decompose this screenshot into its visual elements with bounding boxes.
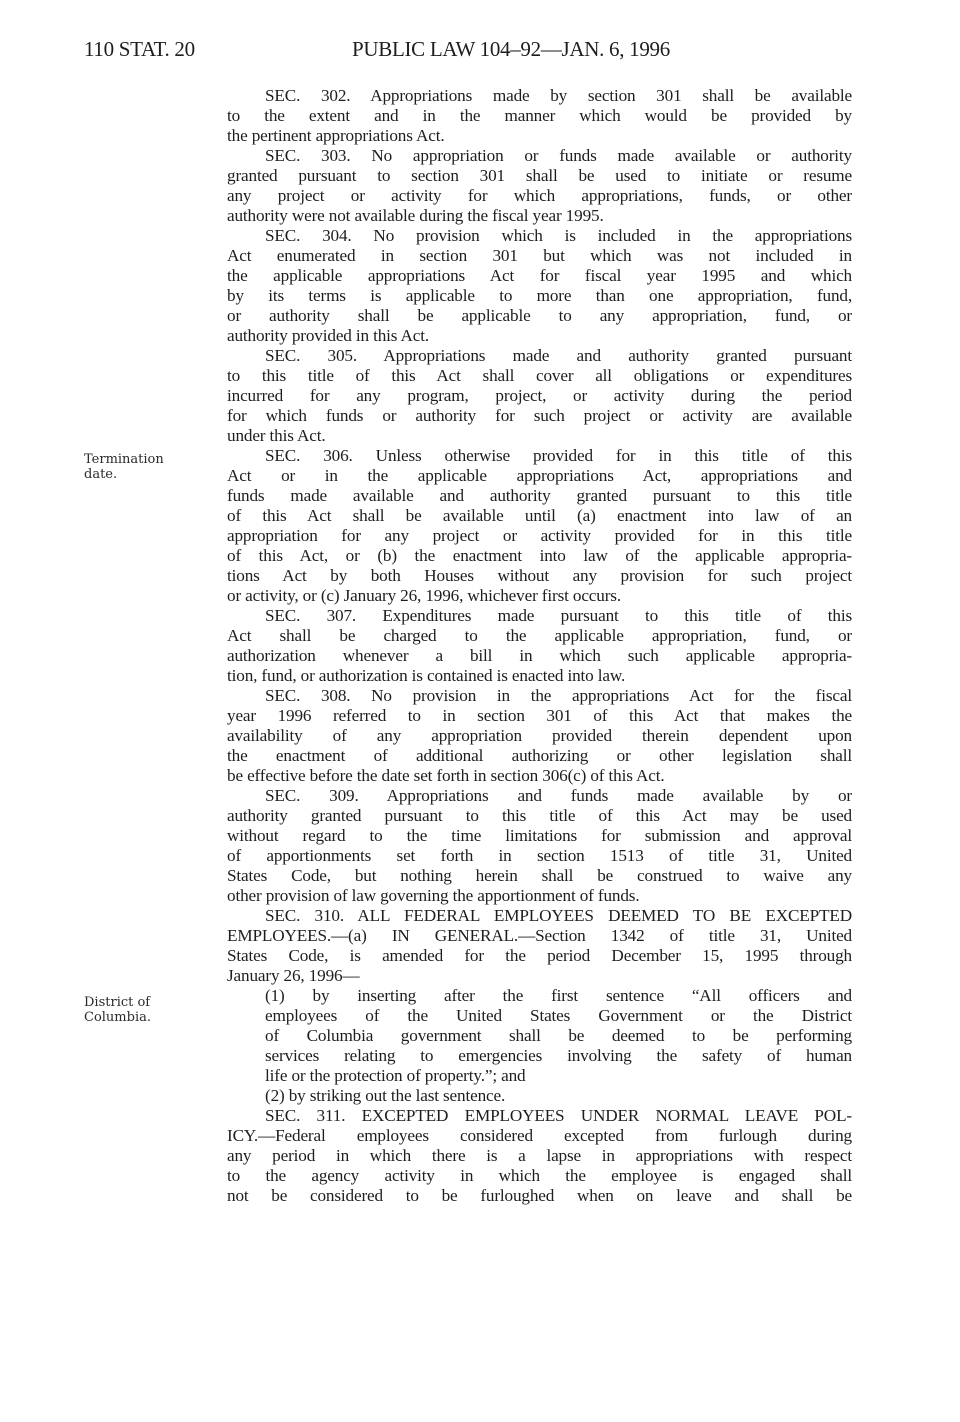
text-line: ICY.—Federal employees considered except… [227, 1126, 852, 1146]
text-line: the pertinent appropriations Act. [227, 126, 852, 146]
text-line: SEC. 305. Appropriations made and author… [227, 346, 852, 366]
text-line: of this Act, or (b) the enactment into l… [227, 546, 852, 566]
text-line: tion, fund, or authorization is containe… [227, 666, 852, 686]
text-line: SEC. 302. Appropriations made by section… [227, 86, 852, 106]
text-line: authority were not available during the … [227, 206, 852, 226]
text-line: granted pursuant to section 301 shall be… [227, 166, 852, 186]
running-head: PUBLIC LAW 104–92—JAN. 6, 1996 [352, 37, 670, 62]
text-line: to this title of this Act shall cover al… [227, 366, 852, 386]
text-line: employees of the United States Governmen… [227, 1006, 852, 1026]
text-line: or activity, or (c) January 26, 1996, wh… [227, 586, 852, 606]
text-line: SEC. 307. Expenditures made pursuant to … [227, 606, 852, 626]
text-line: services relating to emergencies involvi… [227, 1046, 852, 1066]
text-line: be effective before the date set forth i… [227, 766, 852, 786]
text-line: SEC. 303. No appropriation or funds made… [227, 146, 852, 166]
text-line: without regard to the time limitations f… [227, 826, 852, 846]
text-line: SEC. 306. Unless otherwise provided for … [227, 446, 852, 466]
text-line: SEC. 310. ALL FEDERAL EMPLOYEES DEEMED T… [227, 906, 852, 926]
text-line: any period in which there is a lapse in … [227, 1146, 852, 1166]
text-line: January 26, 1996— [227, 966, 852, 986]
text-line: (2) by striking out the last sentence. [227, 1086, 852, 1106]
text-line: of Columbia government shall be deemed t… [227, 1026, 852, 1046]
text-line: SEC. 308. No provision in the appropriat… [227, 686, 852, 706]
text-line: under this Act. [227, 426, 852, 446]
text-line: for which funds or authority for such pr… [227, 406, 852, 426]
text-line: the enactment of additional authorizing … [227, 746, 852, 766]
text-line: SEC. 309. Appropriations and funds made … [227, 786, 852, 806]
text-line: of this Act shall be available until (a)… [227, 506, 852, 526]
text-line: Act enumerated in section 301 but which … [227, 246, 852, 266]
text-line: or authority shall be applicable to any … [227, 306, 852, 326]
text-line: authority provided in this Act. [227, 326, 852, 346]
margin-note-line: Termination [84, 452, 164, 467]
text-line: availability of any appropriation provid… [227, 726, 852, 746]
text-line: States Code, but nothing herein shall be… [227, 866, 852, 886]
text-line: of apportionments set forth in section 1… [227, 846, 852, 866]
text-line: life or the protection of property.”; an… [227, 1066, 852, 1086]
text-line: any project or activity for which approp… [227, 186, 852, 206]
margin-note-line: District of [84, 995, 151, 1010]
margin-note-line: Columbia. [84, 1010, 151, 1025]
text-line: EMPLOYEES.—(a) IN GENERAL.—Section 1342 … [227, 926, 852, 946]
text-line: Act or in the applicable appropriations … [227, 466, 852, 486]
text-line: Act shall be charged to the applicable a… [227, 626, 852, 646]
text-line: the applicable appropriations Act for fi… [227, 266, 852, 286]
text-line: funds made available and authority grant… [227, 486, 852, 506]
text-line: authority granted pursuant to this title… [227, 806, 852, 826]
text-line: by its terms is applicable to more than … [227, 286, 852, 306]
text-line: tions Act by both Houses without any pro… [227, 566, 852, 586]
text-line: (1) by inserting after the first sentenc… [227, 986, 852, 1006]
margin-note-line: date. [84, 467, 164, 482]
text-line: to the agency activity in which the empl… [227, 1166, 852, 1186]
text-line: not be considered to be furloughed when … [227, 1186, 852, 1206]
text-line: to the extent and in the manner which wo… [227, 106, 852, 126]
text-line: appropriation for any project or activit… [227, 526, 852, 546]
text-line: States Code, is amended for the period D… [227, 946, 852, 966]
text-line: authorization whenever a bill in which s… [227, 646, 852, 666]
statute-reference: 110 STAT. 20 [84, 37, 195, 62]
text-line: incurred for any program, project, or ac… [227, 386, 852, 406]
text-line: year 1996 referred to in section 301 of … [227, 706, 852, 726]
text-line: SEC. 311. EXCEPTED EMPLOYEES UNDER NORMA… [227, 1106, 852, 1126]
margin-note-district-of-columbia: District of Columbia. [84, 995, 151, 1025]
margin-note-termination-date: Termination date. [84, 452, 164, 482]
body-text: SEC. 302. Appropriations made by section… [227, 86, 852, 1206]
text-line: SEC. 304. No provision which is included… [227, 226, 852, 246]
text-line: other provision of law governing the app… [227, 886, 852, 906]
